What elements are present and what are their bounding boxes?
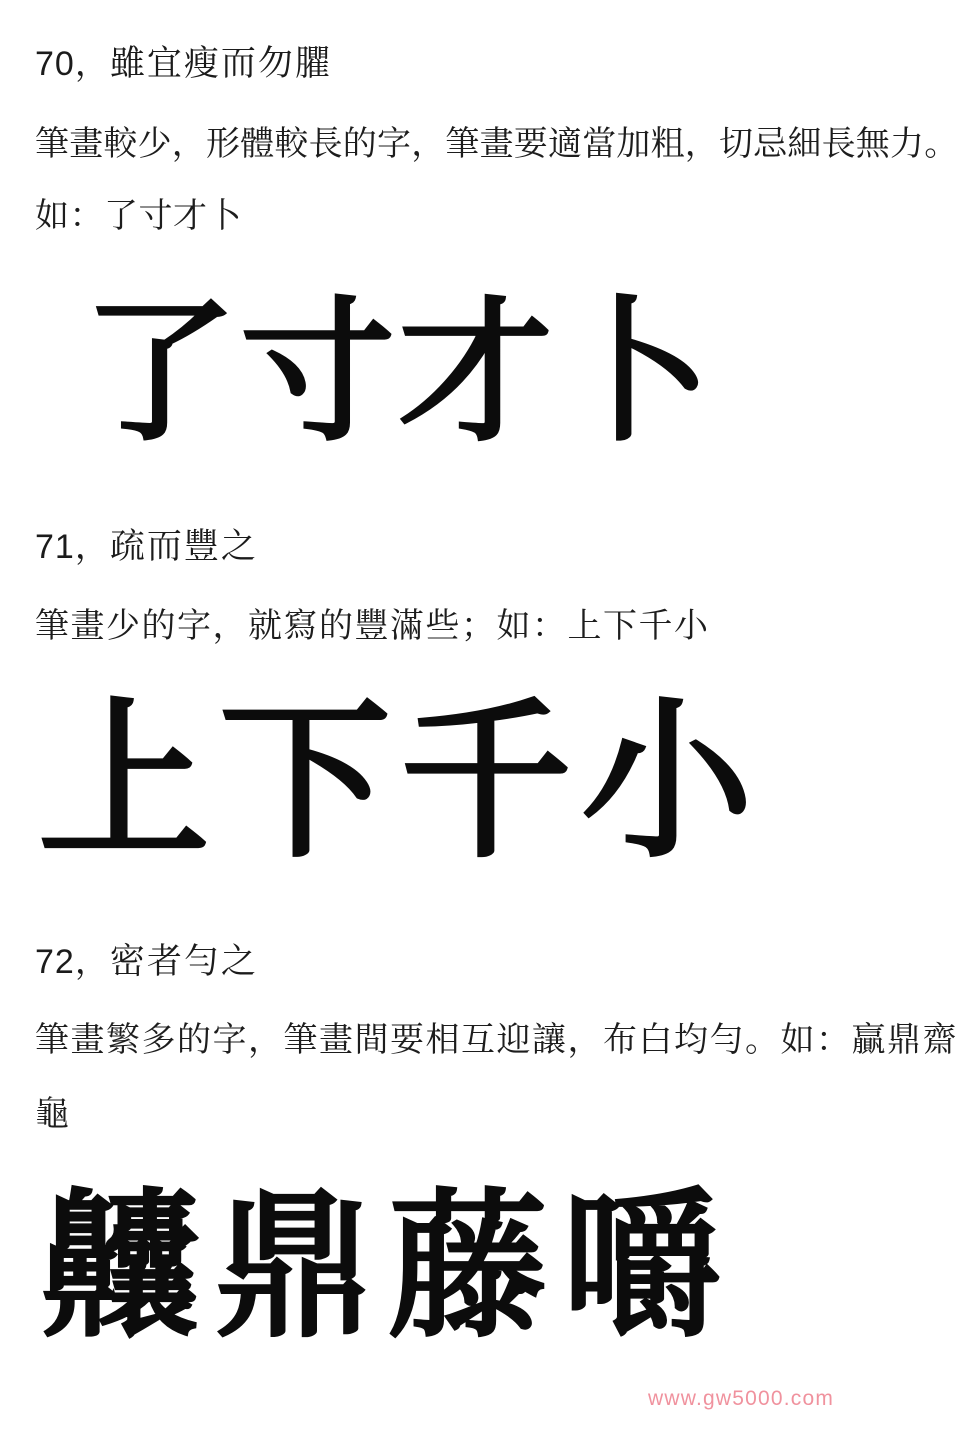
section-71-number: 71， xyxy=(35,528,110,566)
section-70-title: 雖宜瘦而勿臞 xyxy=(110,44,332,83)
calligraphy-char: 鼎 xyxy=(214,1180,374,1353)
section-70-number: 70， xyxy=(35,45,110,83)
section-71-body: 筆畫少的字，就寫的豐滿些；如：上下千小 xyxy=(35,590,965,664)
calligraphy-char: 上 xyxy=(38,688,210,874)
section-71-calligraphy-row: 上 下 千 小 xyxy=(38,688,753,874)
calligraphy-char: 下 xyxy=(219,688,391,874)
calligraphy-char: 嚼 xyxy=(562,1180,722,1353)
section-70-calligraphy-row: 了 寸 才 卜 xyxy=(82,288,711,455)
watermark: www.gw5000.com xyxy=(648,1387,834,1411)
calligraphy-char: 千 xyxy=(400,688,572,874)
calligraphy-char: 才 xyxy=(398,288,553,455)
section-72-body: 筆畫繁多的字，筆畫間要相互迎讓，布白均勻。如：贏鼎齋龜 xyxy=(35,1004,977,1152)
calligraphy-char: 小 xyxy=(581,688,753,874)
section-70-body: 筆畫較少，形體較長的字，筆畫要適當加粗，切忌細長無力。 xyxy=(35,108,965,182)
section-72-number: 72， xyxy=(35,943,110,981)
document-page: 70，雖宜瘦而勿臞 筆畫較少，形體較長的字，筆畫要適當加粗，切忌細長無力。 如：… xyxy=(0,0,977,1434)
section-72-title: 密者勻之 xyxy=(110,942,258,981)
calligraphy-char: 了 xyxy=(82,288,237,455)
calligraphy-char: 卜 xyxy=(556,288,711,455)
section-72-heading: 72，密者勻之 xyxy=(35,934,258,984)
section-72-calligraphy-row: 齉 鼎 藤 嚼 xyxy=(40,1180,722,1353)
section-70-heading: 70，雖宜瘦而勿臞 xyxy=(35,36,332,86)
section-71-heading: 71，疏而豐之 xyxy=(35,519,258,569)
section-71-title: 疏而豐之 xyxy=(110,527,258,566)
calligraphy-char: 藤 xyxy=(388,1180,548,1353)
section-70-example-label: 如：了寸才卜 xyxy=(35,180,242,254)
calligraphy-char: 寸 xyxy=(240,288,395,455)
calligraphy-char: 齉 xyxy=(40,1180,200,1353)
